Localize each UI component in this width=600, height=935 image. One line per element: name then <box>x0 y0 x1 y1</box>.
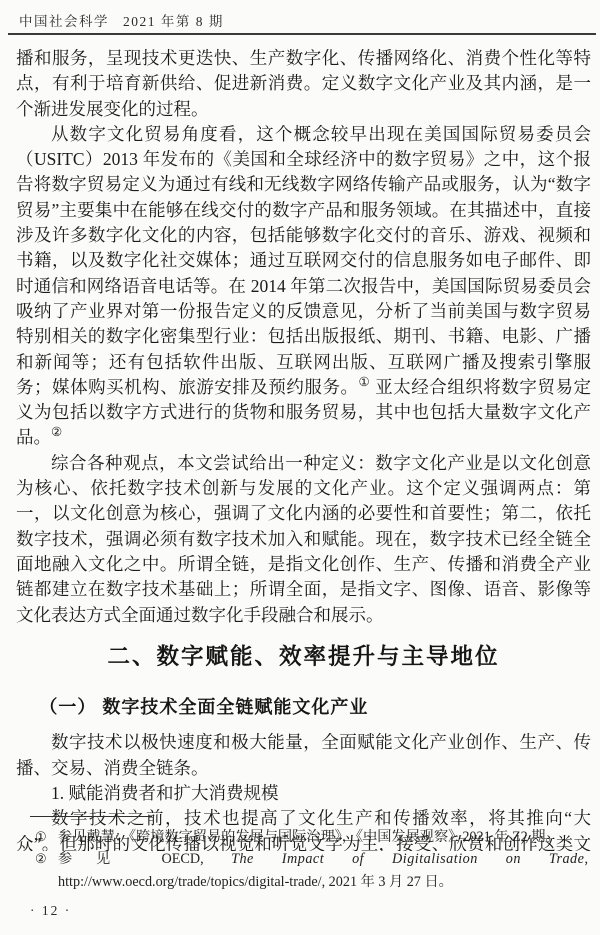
footnote-2: ②参见 OECD, The Impact of Digitalisation o… <box>30 848 588 893</box>
header-rule <box>8 33 596 35</box>
paragraph-continuation: 播和服务，呈现技术更迭快、生产数字化、传播网络化、消费个性化等特点，有利于培育新… <box>16 46 591 122</box>
footnote-area: ①参见戴慧：《跨境数字贸易的发展与国际治理》，《中国发展观察》2021 年 Z2… <box>30 816 588 893</box>
footnote-2-marker: ② <box>35 848 47 870</box>
footnote-2-text: 参见 OECD, The Impact of Digitalisation on… <box>58 851 588 889</box>
section-heading: 二、数字赋能、效率提升与主导地位 <box>16 644 591 669</box>
subsection-heading: （一） 数字技术全面全链赋能文化产业 <box>16 695 591 720</box>
footnote-divider <box>30 816 152 817</box>
paragraph-empowerment: 数字技术以极快速度和极大能量，全面赋能文化产业创作、生产、传播、交易、消费全链条… <box>16 730 591 781</box>
journal-page: 中国社会科学2021 年第 8 期 播和服务，呈现技术更迭快、生产数字化、传播网… <box>0 0 600 935</box>
running-header: 中国社会科学2021 年第 8 期 <box>16 10 591 30</box>
paragraph-definition: 综合各种观点，本文尝试给出一种定义：数字文化产业是以文化创意为核心、依托数字技术… <box>16 451 591 628</box>
page-number: · 12 · <box>30 903 71 919</box>
footnote-1-marker: ① <box>35 826 47 848</box>
paragraph-digital-trade: 从数字文化贸易角度看，这个概念较早出现在美国国际贸易委员会（USITC）2013… <box>16 122 591 451</box>
article-body: 播和服务，呈现技术更迭快、生产数字化、传播网络化、消费个性化等特点，有利于培育新… <box>16 46 591 851</box>
footnote-1: ①参见戴慧：《跨境数字贸易的发展与国际治理》，《中国发展观察》2021 年 Z2… <box>30 826 588 848</box>
journal-title: 中国社会科学 <box>19 14 109 29</box>
issue-label: 2021 年第 8 期 <box>123 14 224 29</box>
numbered-point-1: 1. 赋能消费者和扩大消费规模 <box>16 781 591 806</box>
footnote-1-text: 参见戴慧：《跨境数字贸易的发展与国际治理》，《中国发展观察》2021 年 Z2 … <box>58 829 560 845</box>
